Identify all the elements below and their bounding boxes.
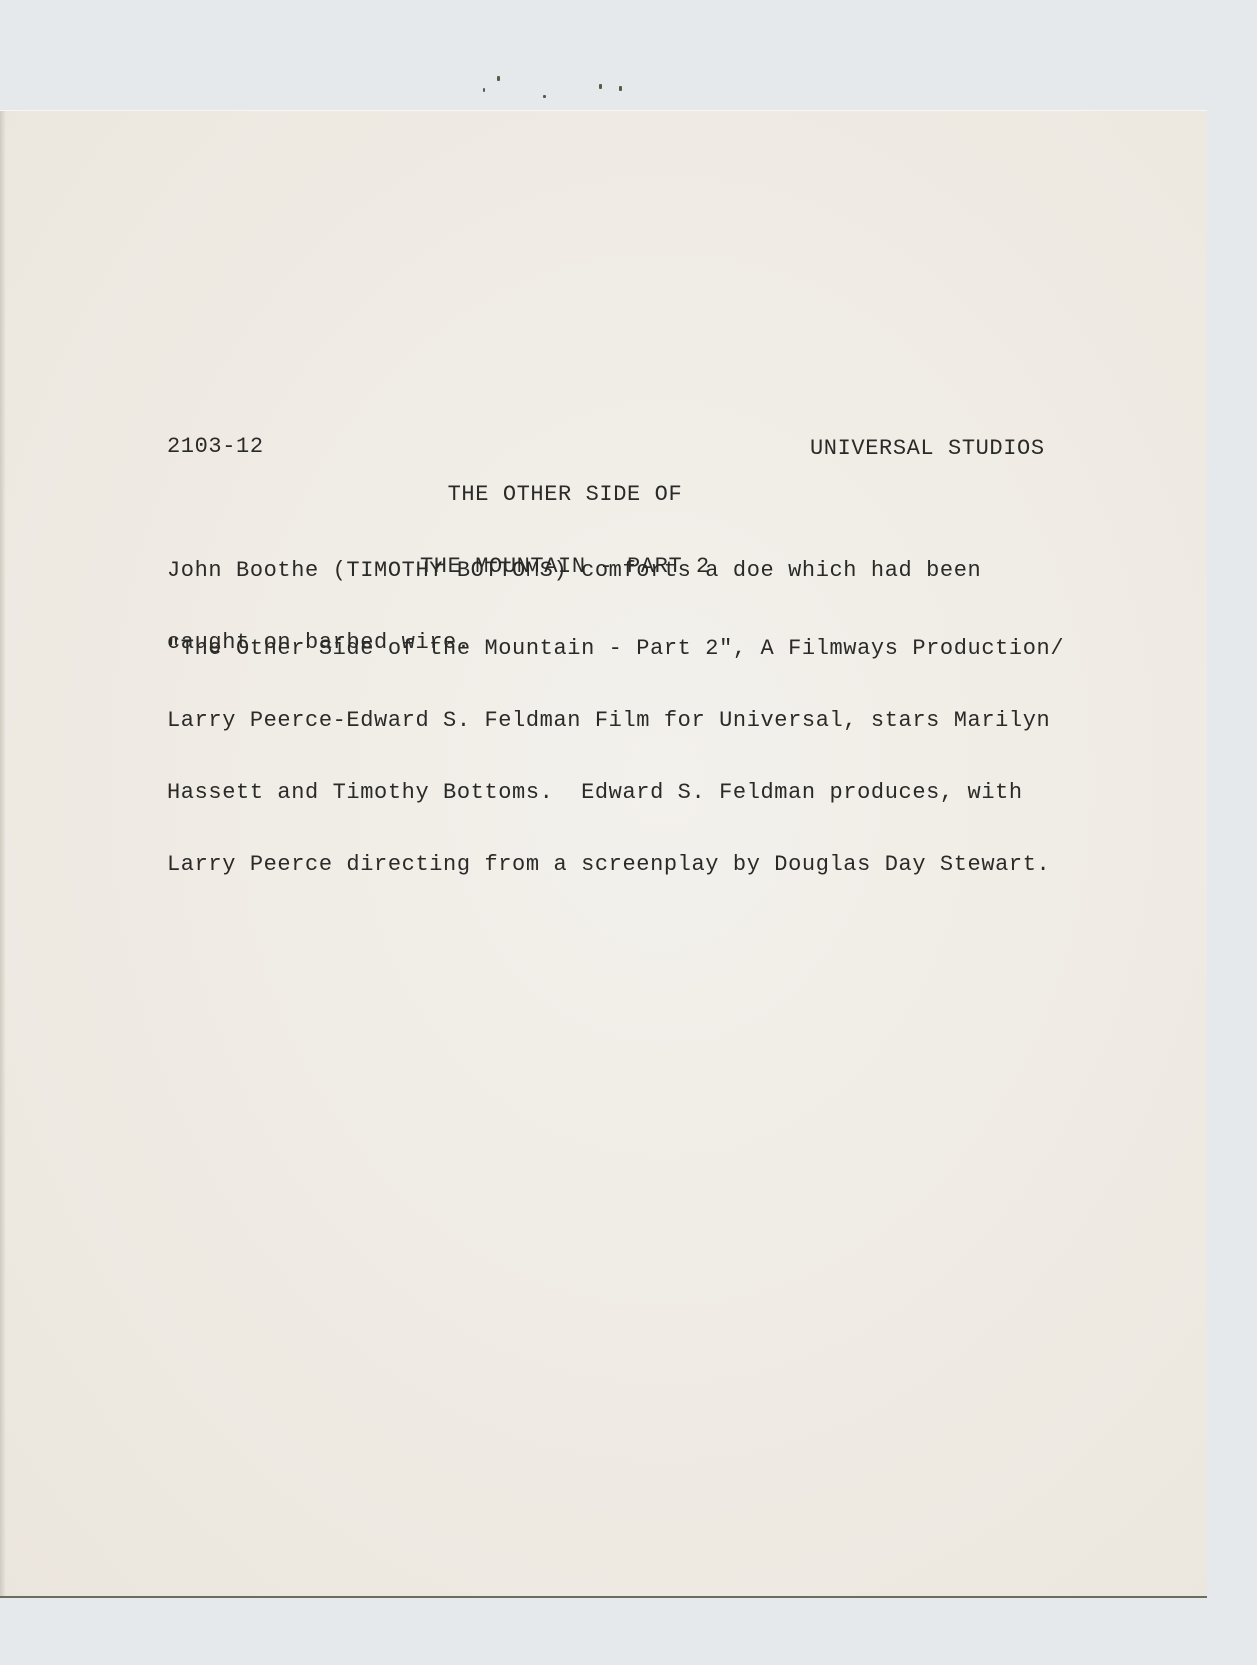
- dust-speck: [543, 95, 546, 98]
- studio-name: UNIVERSAL STUDIOS: [810, 437, 1045, 461]
- dust-speck: [599, 84, 602, 89]
- credits-line: Larry Peerce-Edward S. Feldman Film for …: [167, 709, 1064, 733]
- credits-line: Larry Peerce directing from a screenplay…: [167, 853, 1064, 877]
- film-credits: "The Other Side of the Mountain - Part 2…: [167, 589, 1064, 925]
- film-title-line-1: THE OTHER SIDE OF: [420, 483, 710, 507]
- dust-speck: [483, 88, 485, 92]
- dust-speck: [497, 76, 500, 81]
- credits-line: "The Other Side of the Mountain - Part 2…: [167, 637, 1064, 661]
- document-page: 2103-12 THE OTHER SIDE OF THE MOUNTAIN -…: [0, 110, 1207, 1596]
- credits-line: Hassett and Timothy Bottoms. Edward S. F…: [167, 781, 1064, 805]
- dust-speck: [619, 86, 622, 91]
- caption-line: John Boothe (TIMOTHY BOTTOMS) comforts a…: [167, 559, 981, 583]
- still-code: 2103-12: [167, 435, 264, 459]
